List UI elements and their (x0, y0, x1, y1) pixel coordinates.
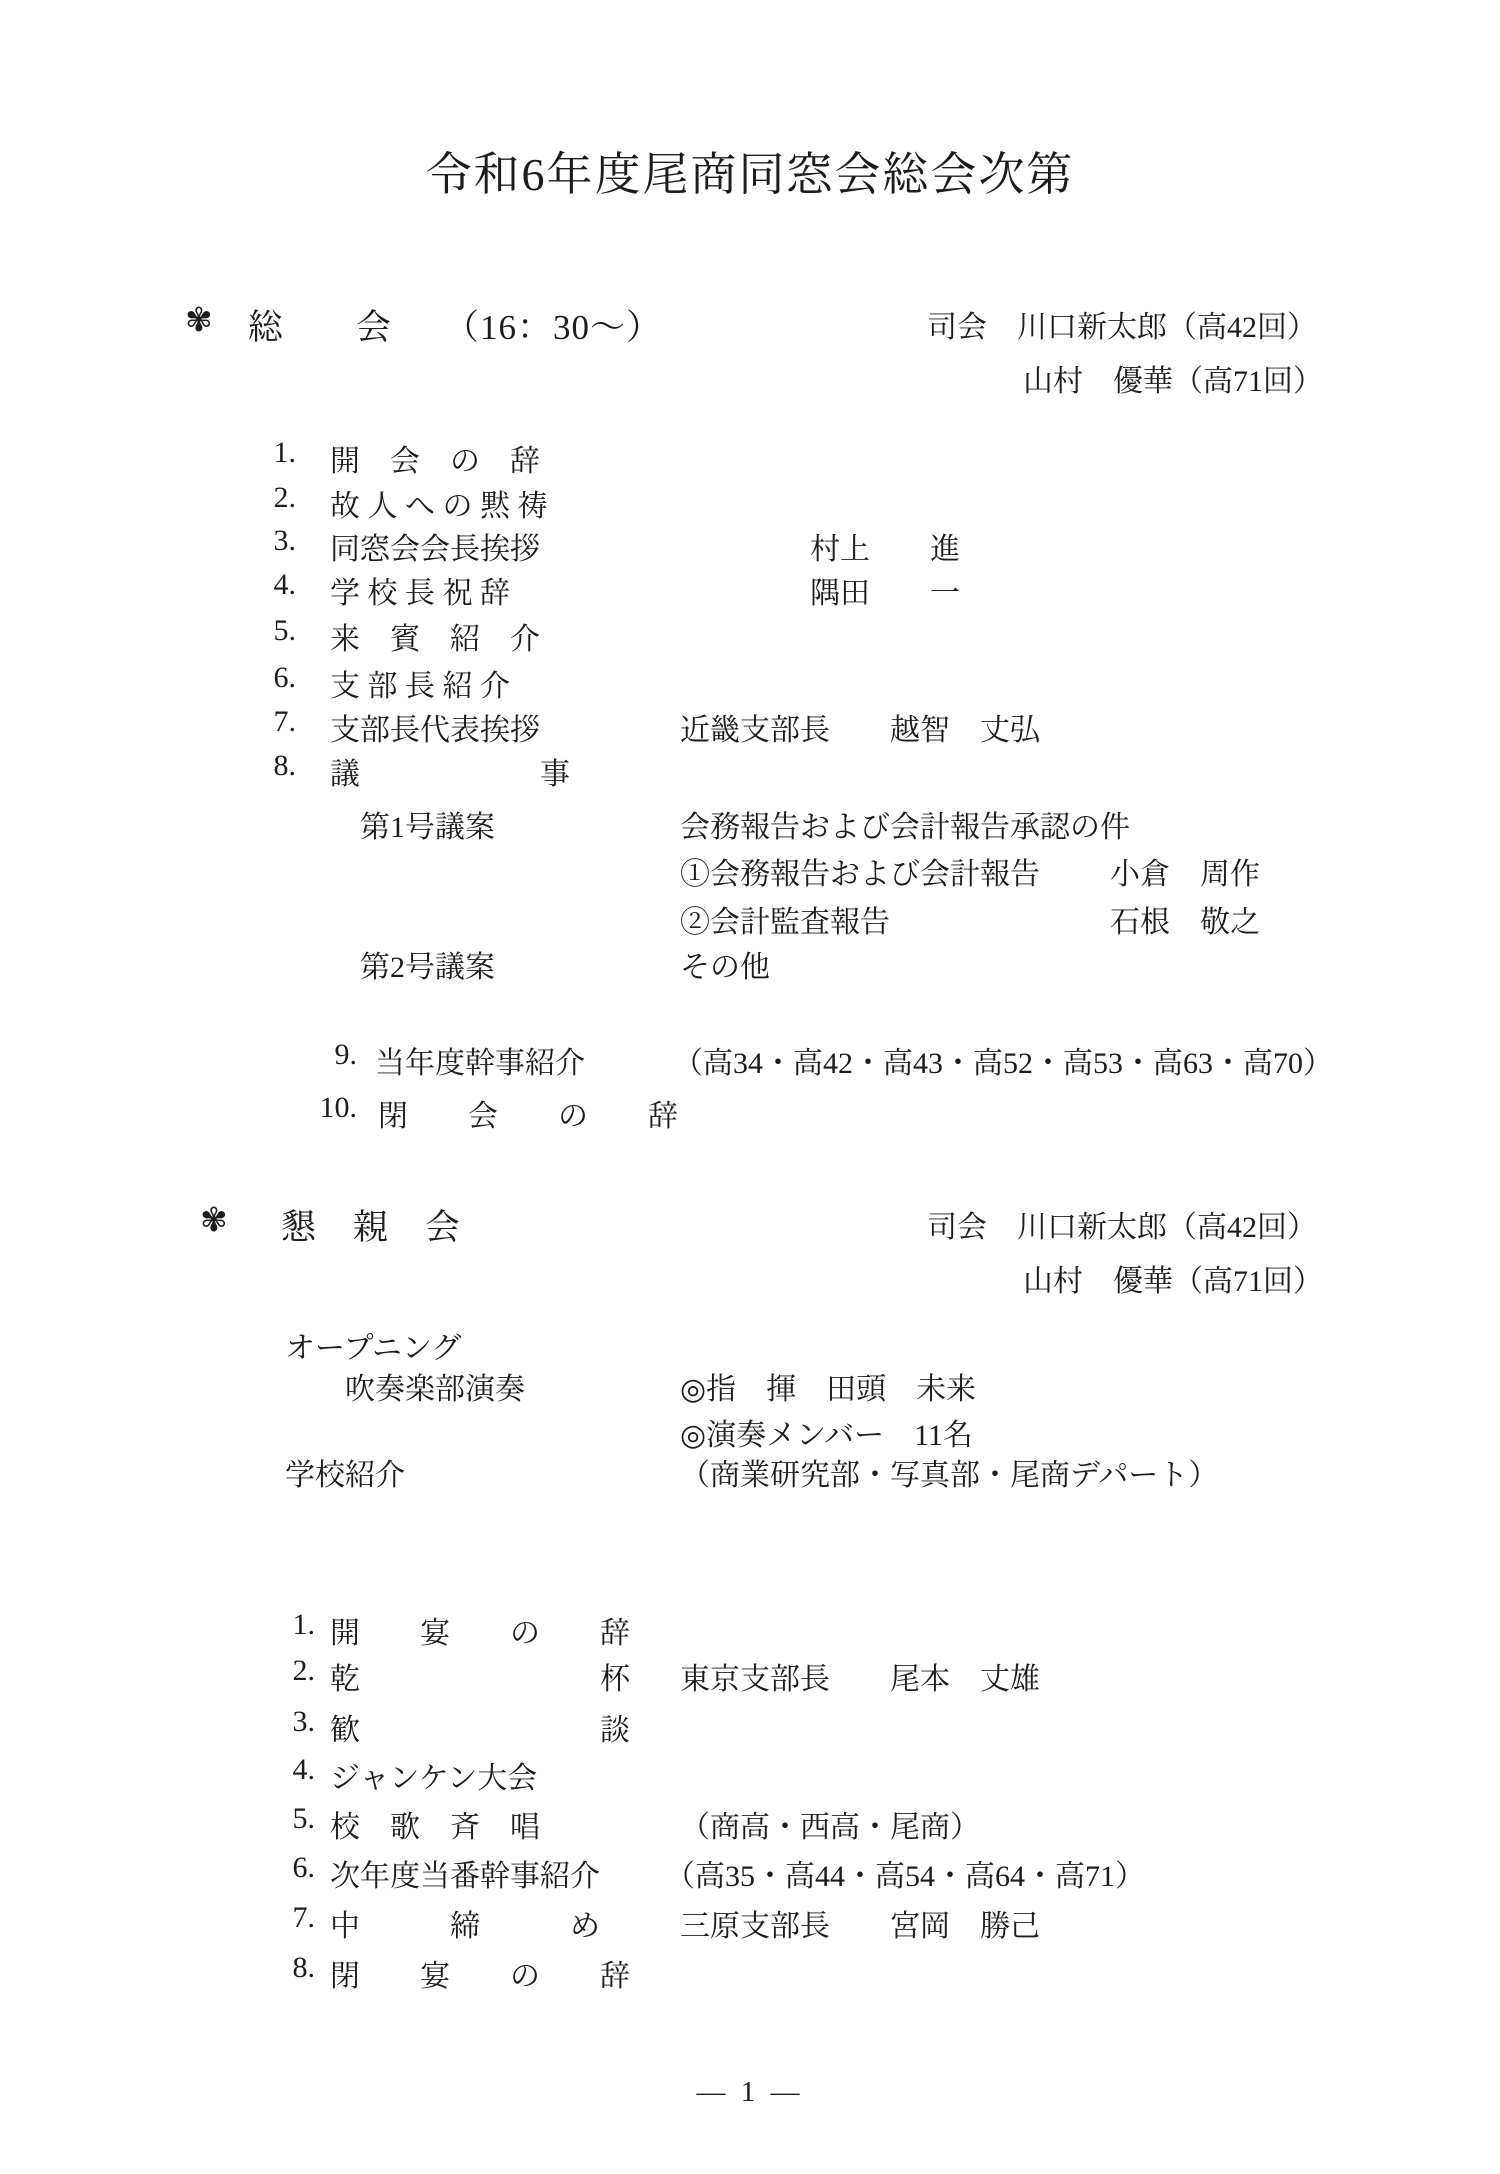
page-number: — 1 — (0, 2076, 1500, 2109)
mc-row: 山村 優華（高71回） (0, 356, 1500, 404)
agenda-row: 4. ジャンケン大会 (0, 1753, 1500, 1801)
agenda-row: 5. 校 歌 斉 唱 （商高・西高・尾商） (0, 1802, 1500, 1850)
proposal-row: 第2号議案 その他 (0, 942, 1500, 990)
agenda-row: 9. 当年度幹事紹介 （高34・高42・高43・高52・高53・高63・高70） (0, 1038, 1500, 1086)
item-label: 開 宴 の 辞 (330, 1608, 630, 1652)
item-label: 乾 杯 (330, 1654, 630, 1698)
mc-line-1: 司会 川口新太郎（高42回） (927, 1202, 1317, 1246)
mc-line-1: 司会 川口新太郎（高42回） (927, 302, 1317, 346)
item-detail: （商高・西高・尾商） (680, 1802, 980, 1846)
opening-row: 学校紹介 （商業研究部・写真部・尾商デパート） (0, 1450, 1500, 1498)
item-number: 5. (245, 1802, 315, 1836)
item-number: 5. (226, 614, 296, 648)
item-detail: 村上 進 (810, 524, 960, 568)
proposal-sub-name: 石根 敬之 (1110, 897, 1260, 941)
item-label: 当年度幹事紹介 (375, 1038, 585, 1082)
item-label: 議 事 (330, 749, 570, 793)
agenda-row: 8. 閉 宴 の 辞 (0, 1951, 1500, 1999)
item-number: 6. (245, 1851, 315, 1885)
proposal-sub-row: ②会計監査報告 石根 敬之 (0, 897, 1500, 945)
item-label: 中 締 め (330, 1901, 600, 1945)
mc-line-2: 山村 優華（高71回） (1023, 1256, 1323, 1300)
proposal-label: 第1号議案 (360, 802, 495, 846)
item-label: 校 歌 斉 唱 (330, 1802, 540, 1846)
agenda-row: 6. 支 部 長 紹 介 (0, 661, 1500, 709)
agenda-row: 8. 議 事 (0, 749, 1500, 797)
document-page: 令和6年度尾商同窓会総会次第 ✾ 総 会 （16：30～） 司会 川口新太郎（高… (0, 0, 1500, 2174)
item-number: 3. (226, 524, 296, 558)
agenda-row: 1. 開 宴 の 辞 (0, 1608, 1500, 1656)
mc-line-2: 山村 優華（高71回） (1023, 356, 1323, 400)
item-label: ジャンケン大会 (330, 1753, 537, 1797)
proposal-detail: 会務報告および会計報告承認の件 (680, 802, 1130, 846)
item-detail: （高35・高44・高54・高64・高71） (665, 1851, 1145, 1895)
item-label: 開 会 の 辞 (330, 436, 540, 480)
item-detail: 近畿支部長 越智 丈弘 (680, 705, 1040, 749)
item-label: 次年度当番幹事紹介 (330, 1851, 600, 1895)
item-number: 7. (226, 705, 296, 739)
item-detail: （高34・高42・高43・高52・高53・高63・高70） (673, 1038, 1333, 1082)
proposal-detail: その他 (680, 942, 770, 986)
agenda-row: 4. 学 校 長 祝 辞 隅田 一 (0, 568, 1500, 616)
item-label: 同窓会会長挨拶 (330, 524, 540, 568)
mc-row: 司会 川口新太郎（高42回） (0, 1202, 1500, 1250)
agenda-row: 10. 閉 会 の 辞 (0, 1091, 1500, 1139)
item-number: 4. (226, 568, 296, 602)
item-number: 2. (245, 1654, 315, 1688)
opening-row: 吹奏楽部演奏 ◎指 揮 田頭 未来 (0, 1364, 1500, 1412)
item-label: 支部長代表挨拶 (330, 705, 540, 749)
item-detail: 隅田 一 (810, 568, 960, 612)
item-number: 9. (287, 1038, 357, 1072)
mc-row: 司会 川口新太郎（高42回） (0, 302, 1500, 350)
agenda-row: 5. 来 賓 紹 介 (0, 614, 1500, 662)
opening-row-label: 吹奏楽部演奏 (345, 1364, 525, 1408)
proposal-row: 第1号議案 会務報告および会計報告承認の件 (0, 802, 1500, 850)
item-number: 4. (245, 1753, 315, 1787)
item-label: 学 校 長 祝 辞 (330, 568, 510, 612)
item-label: 故 人 へ の 黙 祷 (330, 481, 548, 525)
item-number: 1. (245, 1608, 315, 1642)
opening-row-detail: ◎指 揮 田頭 未来 (680, 1364, 976, 1408)
proposal-sub-name: 小倉 周作 (1110, 849, 1260, 893)
item-label: 来 賓 紹 介 (330, 614, 540, 658)
agenda-row: 3. 同窓会会長挨拶 村上 進 (0, 524, 1500, 572)
item-number: 7. (245, 1901, 315, 1935)
item-number: 6. (226, 661, 296, 695)
item-number: 8. (226, 749, 296, 783)
proposal-sub-detail: ①会務報告および会計報告 (680, 849, 1040, 893)
agenda-row: 2. 故 人 へ の 黙 祷 (0, 481, 1500, 529)
item-detail: 三原支部長 宮岡 勝己 (680, 1901, 1040, 1945)
item-label: 閉 宴 の 辞 (330, 1951, 630, 1995)
item-number: 1. (226, 436, 296, 470)
agenda-row: 7. 中 締 め 三原支部長 宮岡 勝己 (0, 1901, 1500, 1949)
opening-row-detail: ◎演奏メンバー 11名 (680, 1410, 973, 1454)
agenda-row: 3. 歓 談 (0, 1705, 1500, 1753)
opening-row-label: 学校紹介 (285, 1450, 405, 1494)
agenda-row: 6. 次年度当番幹事紹介 （高35・高44・高54・高64・高71） (0, 1851, 1500, 1899)
item-label: 支 部 長 紹 介 (330, 661, 510, 705)
proposal-sub-detail: ②会計監査報告 (680, 897, 890, 941)
agenda-row: 2. 乾 杯 東京支部長 尾本 丈雄 (0, 1654, 1500, 1702)
document-title: 令和6年度尾商同窓会総会次第 (0, 138, 1500, 204)
opening-label: オープニング (285, 1323, 461, 1367)
item-number: 2. (226, 481, 296, 515)
item-label: 閉 会 の 辞 (378, 1091, 678, 1135)
agenda-row: 7. 支部長代表挨拶 近畿支部長 越智 丈弘 (0, 705, 1500, 753)
item-detail: 東京支部長 尾本 丈雄 (680, 1654, 1040, 1698)
agenda-row: 1. 開 会 の 辞 (0, 436, 1500, 484)
mc-row: 山村 優華（高71回） (0, 1256, 1500, 1304)
opening-row-detail: （商業研究部・写真部・尾商デパート） (680, 1450, 1218, 1494)
proposal-label: 第2号議案 (360, 942, 495, 986)
item-number: 3. (245, 1705, 315, 1739)
item-label: 歓 談 (330, 1705, 630, 1749)
item-number: 10. (287, 1091, 357, 1125)
item-number: 8. (245, 1951, 315, 1985)
proposal-sub-row: ①会務報告および会計報告 小倉 周作 (0, 849, 1500, 897)
